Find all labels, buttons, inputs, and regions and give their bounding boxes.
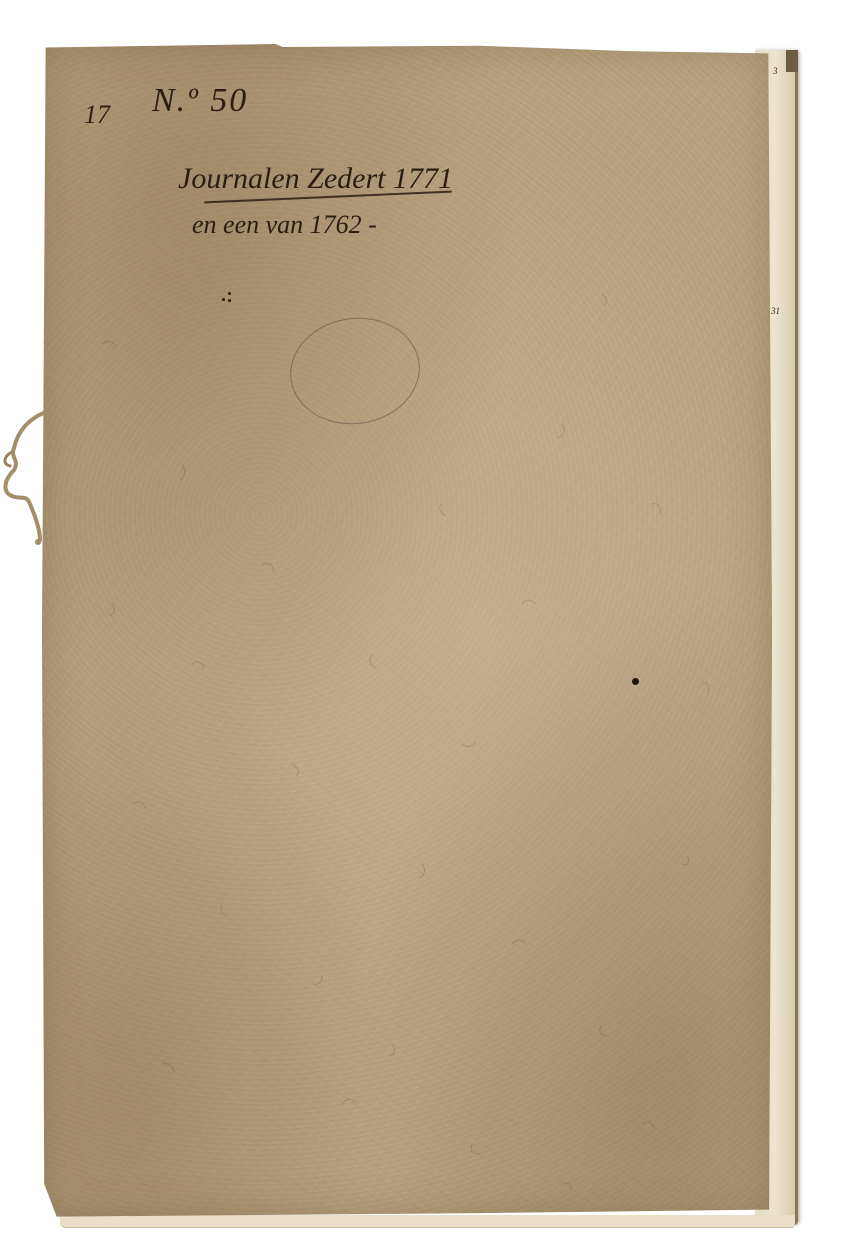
ink-spot <box>632 678 639 685</box>
folder-cover: 17 N.º 50 Journalen Zedert 1771 en een v… <box>42 44 772 1219</box>
ink-dots <box>222 292 234 304</box>
item-number: N.º 50 <box>152 82 248 120</box>
inner-pages-bottom-edge <box>60 1215 795 1228</box>
paper-fibers <box>42 44 772 1219</box>
page-mark-top: 3 <box>773 66 778 76</box>
folio-number: 17 <box>84 100 110 130</box>
faint-circular-stamp <box>283 309 426 432</box>
page-mark-side: 31 <box>771 306 780 316</box>
title-line-1: Journalen Zedert 1771 <box>178 162 453 196</box>
document-photo: 3 31 17 N.º 50 Journalen Zedert 1771 <box>0 0 851 1260</box>
title-line-2: en een van 1762 - <box>192 210 377 240</box>
spine-strip <box>786 50 798 72</box>
